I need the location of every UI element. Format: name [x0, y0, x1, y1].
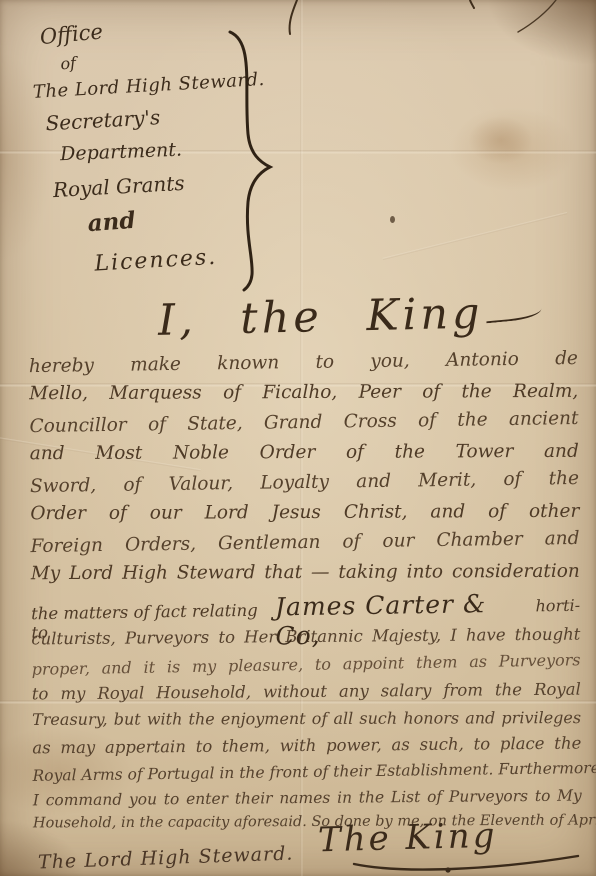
signature-flourish-svg	[352, 850, 582, 874]
body-line: Treasury, but with the enjoyment of all …	[32, 708, 581, 737]
document-title: I, the King	[157, 286, 588, 346]
header-block: Office of The Lord High Steward. Secreta…	[31, 14, 246, 275]
header-line-lord-high-steward: The Lord High Steward.	[32, 70, 243, 103]
signature-flourish	[352, 850, 582, 874]
header-line-secretarys: Secretary's	[45, 100, 244, 135]
body-text: hereby make known to you, Antonio de Mel…	[29, 350, 582, 842]
body-line-carter: the matters of fact relating to James Ca…	[31, 588, 580, 632]
curly-brace-svg	[224, 30, 286, 292]
header-line-department: Department.	[60, 136, 245, 165]
header-line-of: of	[60, 41, 243, 73]
body-line: Household, in the capacity aforesaid. So…	[33, 813, 582, 841]
title-flourish	[484, 302, 541, 323]
ink-speck	[390, 216, 395, 223]
carter-line-post: horti-	[535, 596, 580, 616]
header-line-and: and	[87, 199, 247, 237]
title-text: I, the King	[157, 288, 484, 345]
curly-brace	[224, 30, 286, 292]
document-photo: Office of The Lord High Steward. Secreta…	[0, 0, 596, 876]
carter-company-name: James Carter & Co,	[275, 588, 536, 650]
carter-line-pre: the matters of fact relating to	[31, 600, 276, 642]
header-line-royal-grants: Royal Grants	[52, 167, 245, 202]
